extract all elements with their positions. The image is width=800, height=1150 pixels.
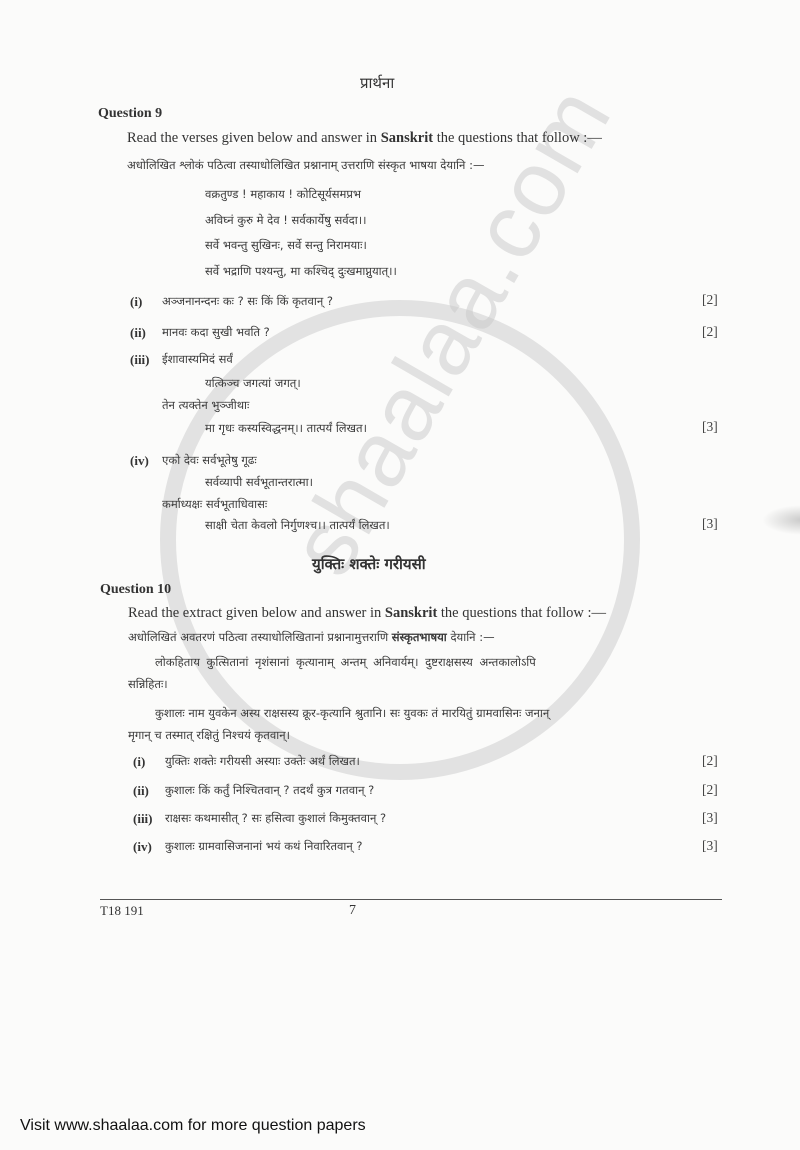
q10-i-marks: [2]	[702, 753, 718, 769]
q10-ii-number: (ii)	[133, 783, 149, 799]
footer-divider	[100, 899, 722, 900]
verse-line: सर्वे भद्राणि पश्यन्तु, मा कश्चिद् दुःखम…	[205, 264, 397, 279]
q10-iii-number: (iii)	[133, 811, 153, 827]
q10-ii-text: कुशालः किं कर्तुं निश्चितवान् ? तदर्थं क…	[165, 783, 374, 798]
q9-iv-number: (iv)	[130, 453, 149, 469]
passage-line: कुशालः नाम युवकेन अस्य राक्षसस्य क्रूर-क…	[155, 706, 549, 721]
q9-iv-line: एको देवः सर्वभूतेषु गूढः	[162, 453, 257, 468]
q9-iii-number: (iii)	[130, 352, 150, 368]
q10-iv-text: कुशालः ग्रामवासिजनानां भयं कथं निवारितवा…	[165, 839, 363, 854]
q9-i-text: अञ्जनानन्दनः कः ? सः किं किं कृतवान् ?	[162, 294, 333, 309]
q9-iv-line: साक्षी चेता केवलो निर्गुणश्च।। तात्पर्यं…	[205, 518, 390, 533]
q9-i-number: (i)	[130, 294, 142, 310]
q10-instruction-sanskrit: अधोलिखितं अवतरणं पठित्वा तस्याधोलिखिताना…	[128, 630, 495, 645]
question-9-heading: Question 9	[98, 106, 162, 122]
verse-line: सर्वे भवन्तु सुखिनः, सर्वे सन्तु निरामया…	[205, 238, 367, 253]
q9-instruction-english: Read the verses given below and answer i…	[127, 130, 602, 147]
question-10-heading: Question 10	[100, 582, 171, 598]
q9-iv-marks: [3]	[702, 516, 718, 532]
q9-ii-text: मानवः कदा सुखी भवति ?	[162, 325, 270, 340]
q10-iii-marks: [3]	[702, 810, 718, 826]
q9-ii-number: (ii)	[130, 325, 146, 341]
passage-line: मृगान् च तस्मात् रक्षितुं निश्चयं कृतवान…	[128, 728, 290, 743]
passage-line: सन्निहितः।	[128, 677, 168, 692]
q10-iv-marks: [3]	[702, 838, 718, 854]
q9-iv-line: कर्माध्यक्षः सर्वभूताधिवासः	[162, 497, 267, 512]
q9-iii-line: तेन त्यक्तेन भुञ्जीथाः	[162, 398, 249, 413]
paper-code: T18 191	[100, 903, 144, 919]
q9-iv-line: सर्वव्यापी सर्वभूतान्तरात्मा।	[205, 475, 313, 490]
section-title-prarthana: प्रार्थना	[360, 73, 394, 93]
verse-line: अविघ्नं कुरु मे देव ! सर्वकार्येषु सर्वद…	[205, 213, 366, 228]
section-title-yukti: युक्तिः शक्तेः गरीयसी	[312, 554, 426, 574]
q9-iii-line: मा गृधः कस्यस्विद्धनम्।। तात्पर्यं लिखत।	[205, 421, 367, 436]
q10-iv-number: (iv)	[133, 839, 152, 855]
watermark-text: shaalaa.com	[270, 69, 633, 592]
q9-iii-line: यत्किञ्च जगत्यां जगत्।	[205, 376, 301, 391]
scan-artifact	[762, 505, 800, 535]
q10-instruction-english: Read the extract given below and answer …	[128, 605, 606, 622]
q9-iii-line: ईशावास्यमिदं सर्वं	[162, 352, 233, 367]
q9-iii-marks: [3]	[702, 419, 718, 435]
q9-ii-marks: [2]	[702, 324, 718, 340]
q10-i-text: युक्तिः शक्तेः गरीयसी अस्याः उक्तेः अर्थ…	[165, 754, 360, 769]
visit-banner-link[interactable]: Visit www.shaalaa.com for more question …	[20, 1117, 366, 1135]
passage-line: लोकहिताय कुत्सितानां नृशंसानां कृत्यानाम…	[155, 655, 536, 670]
q9-i-marks: [2]	[702, 292, 718, 308]
question-paper-page: shaalaa.com प्रार्थना Question 9 Read th…	[0, 0, 800, 1150]
q10-ii-marks: [2]	[702, 782, 718, 798]
q10-i-number: (i)	[133, 754, 145, 770]
page-number: 7	[349, 903, 356, 919]
q10-iii-text: राक्षसः कथमासीत् ? सः हसित्वा कुशालं किम…	[165, 811, 386, 826]
verse-line: वक्रतुण्ड ! महाकाय ! कोटिसूर्यसमप्रभ	[205, 187, 361, 202]
q9-instruction-sanskrit: अधोलिखित श्लोकं पठित्वा तस्याधोलिखित प्र…	[127, 158, 484, 173]
